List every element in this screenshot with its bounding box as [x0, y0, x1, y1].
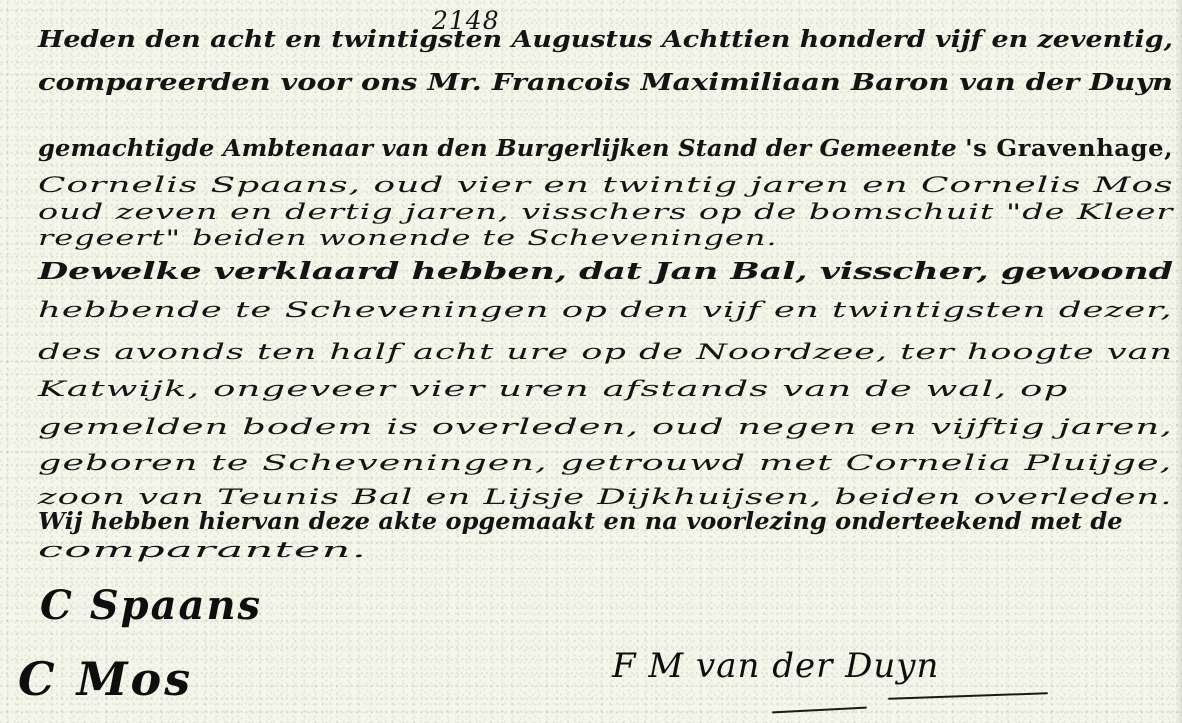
text-line-12: geboren te Scheveningen, getrouwd met Co… [38, 451, 1172, 475]
signature-witness-spaans: C Spaans [40, 582, 262, 629]
text-line-8: hebbende te Scheveningen op den vijf en … [38, 298, 1173, 322]
text-line-5: oud zeven en dertig jaren, visschers op … [38, 200, 1173, 224]
text-line-4: Cornelis Spaans, oud vier en twintig jar… [38, 173, 1174, 197]
text-line-13: zoon van Teunis Bal en Lijsje Dijkhuijse… [38, 485, 1172, 509]
text-line-7: Dewelke verklaard hebben, dat Jan Bal, v… [38, 258, 1173, 285]
text-line-6: regeert" beiden wonende te Scheveningen. [38, 226, 777, 250]
signature-flourish-2 [888, 692, 1048, 700]
text-line-14: Wij hebben hiervan deze akte opgemaakt e… [38, 508, 1123, 535]
text-line-11: gemelden bodem is overleden, oud negen e… [38, 415, 1173, 439]
death-record-document: 2148 Heden den acht en twintigsten Augus… [0, 0, 1182, 723]
page-edge-shadow [1176, 0, 1182, 723]
signature-witness-mos: C Mos [18, 652, 193, 706]
text-line-10: Katwijk, ongeveer vier uren afstands van… [38, 377, 1068, 401]
text-line-2: compareerden voor ons Mr. Francois Maxim… [38, 69, 1173, 96]
text-line-15: comparanten. [38, 538, 367, 562]
signature-flourish-1 [772, 707, 867, 714]
text-line-9: des avonds ten half acht ure op de Noord… [38, 340, 1173, 364]
text-line-3: gemachtigde Ambtenaar van den Burgerlijk… [38, 135, 1173, 162]
text-line-1: Heden den acht en twintigsten Augustus A… [38, 26, 1173, 53]
signature-official-van-der-duyn: F M van der Duyn [612, 646, 939, 686]
text-line-3-main: gemachtigde Ambtenaar van den Burgerlijk… [38, 135, 965, 162]
municipality-name: 's Gravenhage, [965, 135, 1173, 162]
